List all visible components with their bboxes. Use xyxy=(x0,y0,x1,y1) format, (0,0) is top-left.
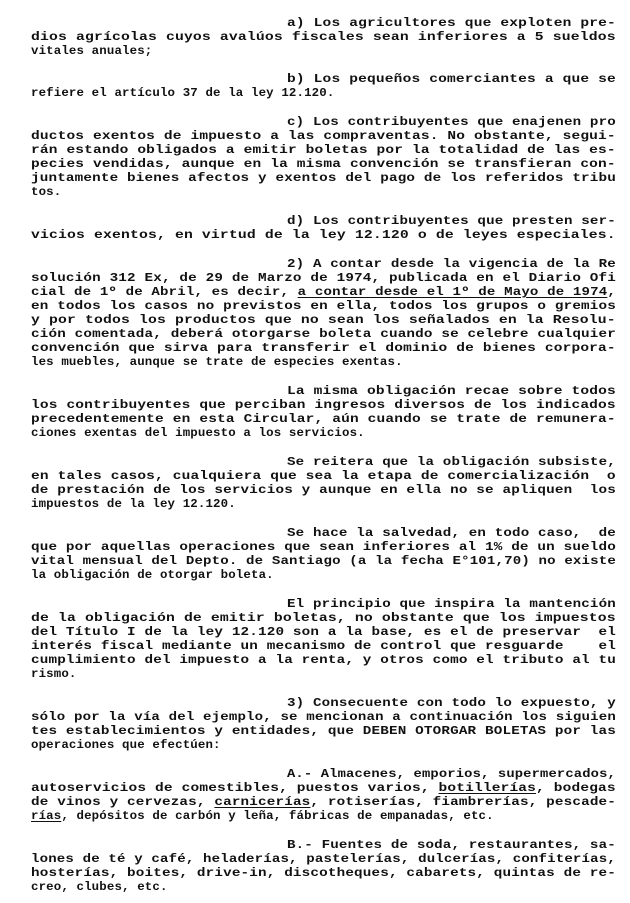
text-line: d) Los contribuyentes que presten ser- xyxy=(287,214,616,228)
text-line: ción comentada, deberá otorgarse boleta … xyxy=(31,327,616,341)
text-line: a) Los agricultores que exploten pre- xyxy=(287,16,616,30)
text-line: Se reitera que la obligación subsiste, xyxy=(287,455,616,469)
text-line: ductos exentos de impuesto a las comprav… xyxy=(31,129,616,143)
text-line: A.- Almacenes, emporios, supermercados, xyxy=(287,767,616,781)
text-line: tes establecimientos y entidades, que DE… xyxy=(31,724,616,738)
text-line: les muebles, aunque se trate de especies… xyxy=(31,355,403,369)
text-line: en todos los casos no previstos en ella,… xyxy=(31,299,616,313)
underlined-text: rías xyxy=(31,809,61,823)
text-line: de la obligación de emitir boletas, no o… xyxy=(31,611,616,625)
text-line: 2) A contar desde la vigencia de la Re xyxy=(287,257,616,271)
text-segment: , bodegas xyxy=(536,781,616,795)
text-line: de prestación de los servicios y aunque … xyxy=(31,483,616,497)
text-line: interés fiscal mediante un mecanismo de … xyxy=(31,639,616,653)
text-line: convención que sirva para transferir el … xyxy=(31,341,616,355)
text-line: lones de té y café, heladerías, pasteler… xyxy=(31,852,616,866)
text-segment: autoservicios de comestibles, puestos va… xyxy=(31,781,439,795)
underlined-text: botillerías xyxy=(439,781,536,795)
text-line: rías, depósitos de carbón y leña, fábric… xyxy=(31,809,494,823)
text-line: vital mensual del Depto. de Santiago (a … xyxy=(31,554,616,568)
text-line: vicios exentos, en virtud de la ley 12.1… xyxy=(31,228,616,242)
text-line: tos. xyxy=(31,185,61,199)
text-line: hosterías, boites, drive-in, discotheque… xyxy=(31,866,616,880)
text-line: cial de 1º de Abril, es decir, a contar … xyxy=(31,285,616,299)
text-segment: , xyxy=(607,285,616,299)
text-line: operaciones que efectúen: xyxy=(31,738,221,752)
text-segment: cial de 1º de Abril, es decir, xyxy=(31,285,298,299)
text-line: juntamente bienes afectos y exentos del … xyxy=(31,171,616,185)
text-line: La misma obligación recae sobre todos xyxy=(287,384,616,398)
text-line: pecies vendidas, aunque en la misma conv… xyxy=(31,157,616,171)
text-line: del Título I de la ley 12.120 son a la b… xyxy=(31,625,616,639)
underlined-text: a contar desde el 1º de Mayo de 1974 xyxy=(298,285,608,299)
text-line: autoservicios de comestibles, puestos va… xyxy=(31,781,616,795)
text-line: rán estando obligados a emitir boletas p… xyxy=(31,143,616,157)
text-segment: de vinos y cervezas, xyxy=(31,795,214,809)
text-segment: , depósitos de carbón y leña, fábricas d… xyxy=(61,809,493,823)
text-line: la obligación de otorgar boleta. xyxy=(31,568,274,582)
text-segment: , rotiserías, fiambrerías, pescade- xyxy=(310,795,616,809)
text-line: creo, clubes, etc. xyxy=(31,880,168,894)
text-line: El principio que inspira la mantención xyxy=(287,597,616,611)
text-line: sólo por la vía del ejemplo, se menciona… xyxy=(31,710,616,724)
document-page: a) Los agricultores que exploten pre-dio… xyxy=(0,0,630,903)
text-line: Se hace la salvedad, en todo caso, de xyxy=(287,526,616,540)
text-line: b) Los pequeños comerciantes a que se xyxy=(287,72,616,86)
text-line: impuestos de la ley 12.120. xyxy=(31,497,236,511)
text-line: que por aquellas operaciones que sean in… xyxy=(31,540,616,554)
text-line: los contribuyentes que perciban ingresos… xyxy=(31,398,616,412)
text-line: cumplimiento del impuesto a la renta, y … xyxy=(31,653,616,667)
text-line: y por todos los productos que no sean lo… xyxy=(31,313,616,327)
text-line: precedentemente en esta Circular, aún cu… xyxy=(31,412,616,426)
text-line: de vinos y cervezas, carnicerías, rotise… xyxy=(31,795,616,809)
text-line: refiere el artículo 37 de la ley 12.120. xyxy=(31,86,334,100)
text-line: dios agrícolas cuyos avalúos fiscales se… xyxy=(31,30,616,44)
text-line: 3) Consecuente con todo lo expuesto, y xyxy=(287,696,616,710)
text-line: ciones exentas del impuesto a los servic… xyxy=(31,426,365,440)
text-line: rismo. xyxy=(31,667,77,681)
text-line: B.- Fuentes de soda, restaurantes, sa- xyxy=(287,838,616,852)
text-line: c) Los contribuyentes que enajenen pro xyxy=(287,115,616,129)
text-line: vitales anuales; xyxy=(31,44,152,58)
text-line: en tales casos, cualquiera que sea la et… xyxy=(31,469,616,483)
text-line: solución 312 Ex, de 29 de Marzo de 1974,… xyxy=(31,271,616,285)
underlined-text: carnicerías xyxy=(214,795,310,809)
